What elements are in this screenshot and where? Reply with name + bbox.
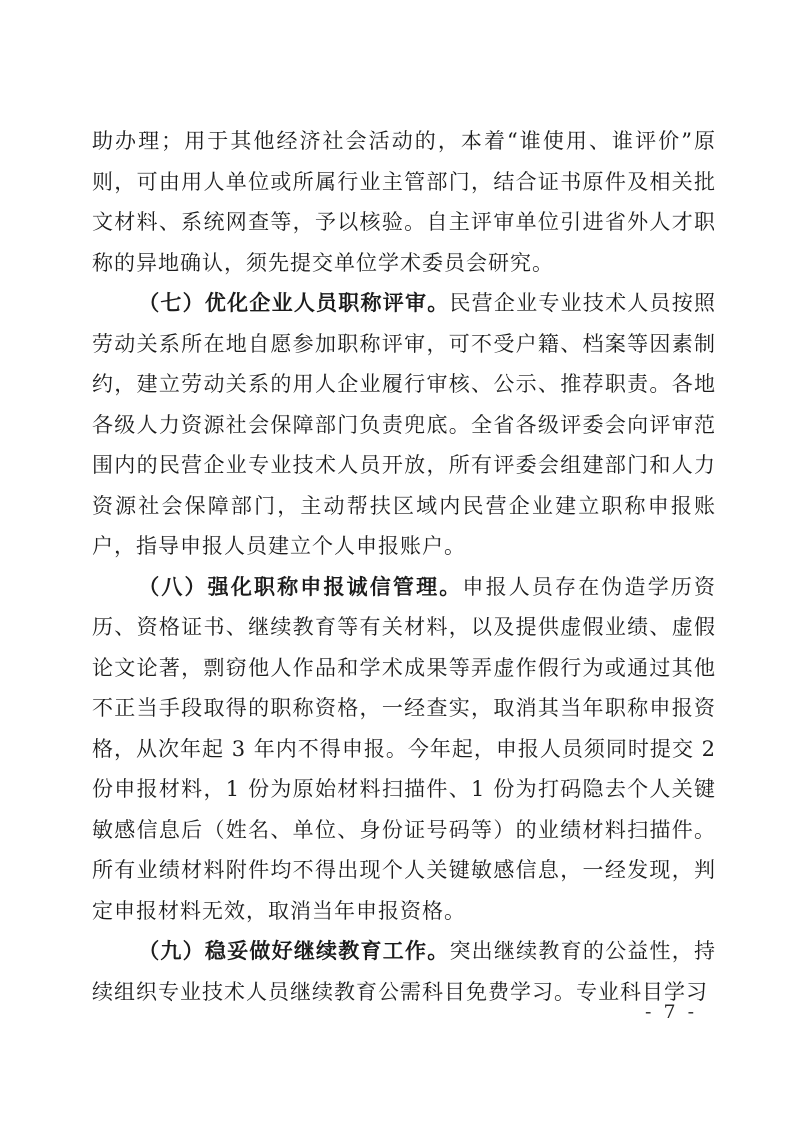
paragraph: 助办理；用于其他经济社会活动的，本着“谁使用、谁评价”原则，可由用人单位或所属行…: [92, 121, 716, 283]
paragraph-heading: （九）稳妥做好继续教育工作。: [138, 938, 449, 963]
paragraph: （九）稳妥做好继续教育工作。突出继续教育的公益性，持续组织专业技术人员继续教育公…: [92, 931, 716, 1012]
paragraph: （八）强化职称申报诚信管理。申报人员存在伪造学历资历、资格证书、继续教育等有关材…: [92, 567, 716, 932]
document-page: 助办理；用于其他经济社会活动的，本着“谁使用、谁评价”原则，可由用人单位或所属行…: [0, 0, 793, 1122]
page-number: - 7 -: [645, 1000, 697, 1024]
document-body: 助办理；用于其他经济社会活动的，本着“谁使用、谁评价”原则，可由用人单位或所属行…: [92, 121, 716, 1012]
paragraph-heading: （七）优化企业人员职称评审。: [138, 290, 449, 315]
paragraph-heading: （八）强化职称申报诚信管理。: [138, 574, 462, 599]
paragraph: （七）优化企业人员职称评审。民营企业专业技术人员按照劳动关系所在地自愿参加职称评…: [92, 283, 716, 567]
